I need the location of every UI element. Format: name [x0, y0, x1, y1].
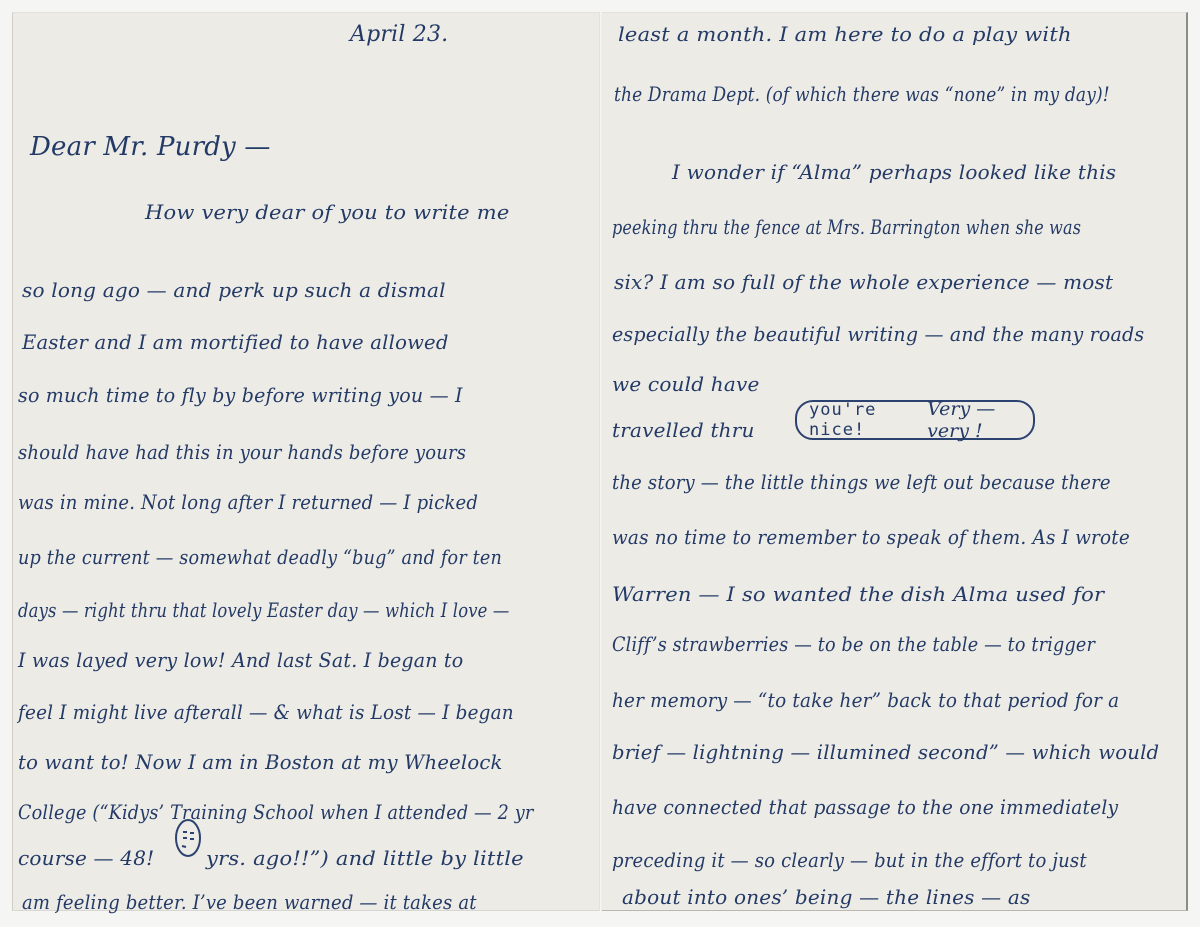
right-line-6: especially the beautiful writing — and t…: [612, 322, 1144, 346]
right-line-10: was no time to remember to speak of them…: [612, 525, 1130, 549]
right-line-11: Warren — I so wanted the dish Alma used …: [612, 582, 1104, 606]
right-line-3: I wonder if “Alma” perhaps looked like t…: [672, 160, 1116, 184]
left-line-2: so long ago — and perk up such a dismal: [22, 278, 446, 302]
callout-printed-text: you're nice!: [809, 400, 919, 440]
left-line-7: up the current — somewhat deadly “bug” a…: [18, 545, 502, 569]
left-line-9: I was layed very low! And last Sat. I be…: [18, 648, 463, 672]
callout-bubble: you're nice! Very — very !: [795, 400, 1035, 440]
right-line-2: the Drama Dept. (of which there was “non…: [614, 82, 1110, 106]
right-line-1: least a month. I am here to do a play wi…: [618, 22, 1072, 46]
right-line-8: travelled thru: [612, 418, 755, 442]
salutation: Dear Mr. Purdy —: [30, 132, 271, 162]
left-line-1: How very dear of you to write me: [145, 200, 509, 224]
right-line-5: six? I am so full of the whole experienc…: [614, 270, 1113, 294]
left-line-12: College (“Kidys’ Training School when I …: [18, 800, 533, 824]
right-line-14: brief — lightning — illumined second” — …: [612, 740, 1159, 764]
left-line-13a: course — 48!: [18, 846, 154, 870]
callout-script-text: Very — very !: [927, 398, 1033, 442]
right-line-4: peeking thru the fence at Mrs. Barringto…: [612, 215, 1081, 239]
right-line-9: the story — the little things we left ou…: [612, 470, 1111, 494]
left-line-14: am feeling better. I’ve been warned — it…: [22, 890, 477, 914]
face-doodle-icon: [174, 816, 202, 858]
left-line-11: to want to! Now I am in Boston at my Whe…: [18, 750, 503, 774]
letter-date: April 23.: [350, 22, 448, 47]
right-line-17: about into ones’ being — the lines — as: [622, 885, 1031, 909]
left-line-13b: yrs. ago!!”) and little by little: [206, 846, 524, 870]
left-line-8: days — right thru that lovely Easter day…: [18, 598, 509, 622]
left-line-4: so much time to fly by before writing yo…: [18, 383, 463, 407]
right-line-7: we could have: [612, 372, 760, 396]
right-line-12: Cliff’s strawberries — to be on the tabl…: [612, 632, 1095, 656]
left-line-10: feel I might live afterall — & what is L…: [18, 700, 514, 724]
left-line-6: was in mine. Not long after I returned —…: [18, 490, 478, 514]
right-page: [602, 12, 1188, 911]
right-line-13: her memory — “to take her” back to that …: [612, 688, 1119, 712]
left-line-3: Easter and I am mortified to have allowe…: [22, 330, 449, 354]
letter-scan: April 23. Dear Mr. Purdy — How very dear…: [0, 0, 1200, 927]
right-line-15: have connected that passage to the one i…: [612, 795, 1118, 819]
right-line-16: preceding it — so clearly — but in the e…: [612, 848, 1087, 872]
left-line-5: should have had this in your hands befor…: [18, 440, 466, 464]
